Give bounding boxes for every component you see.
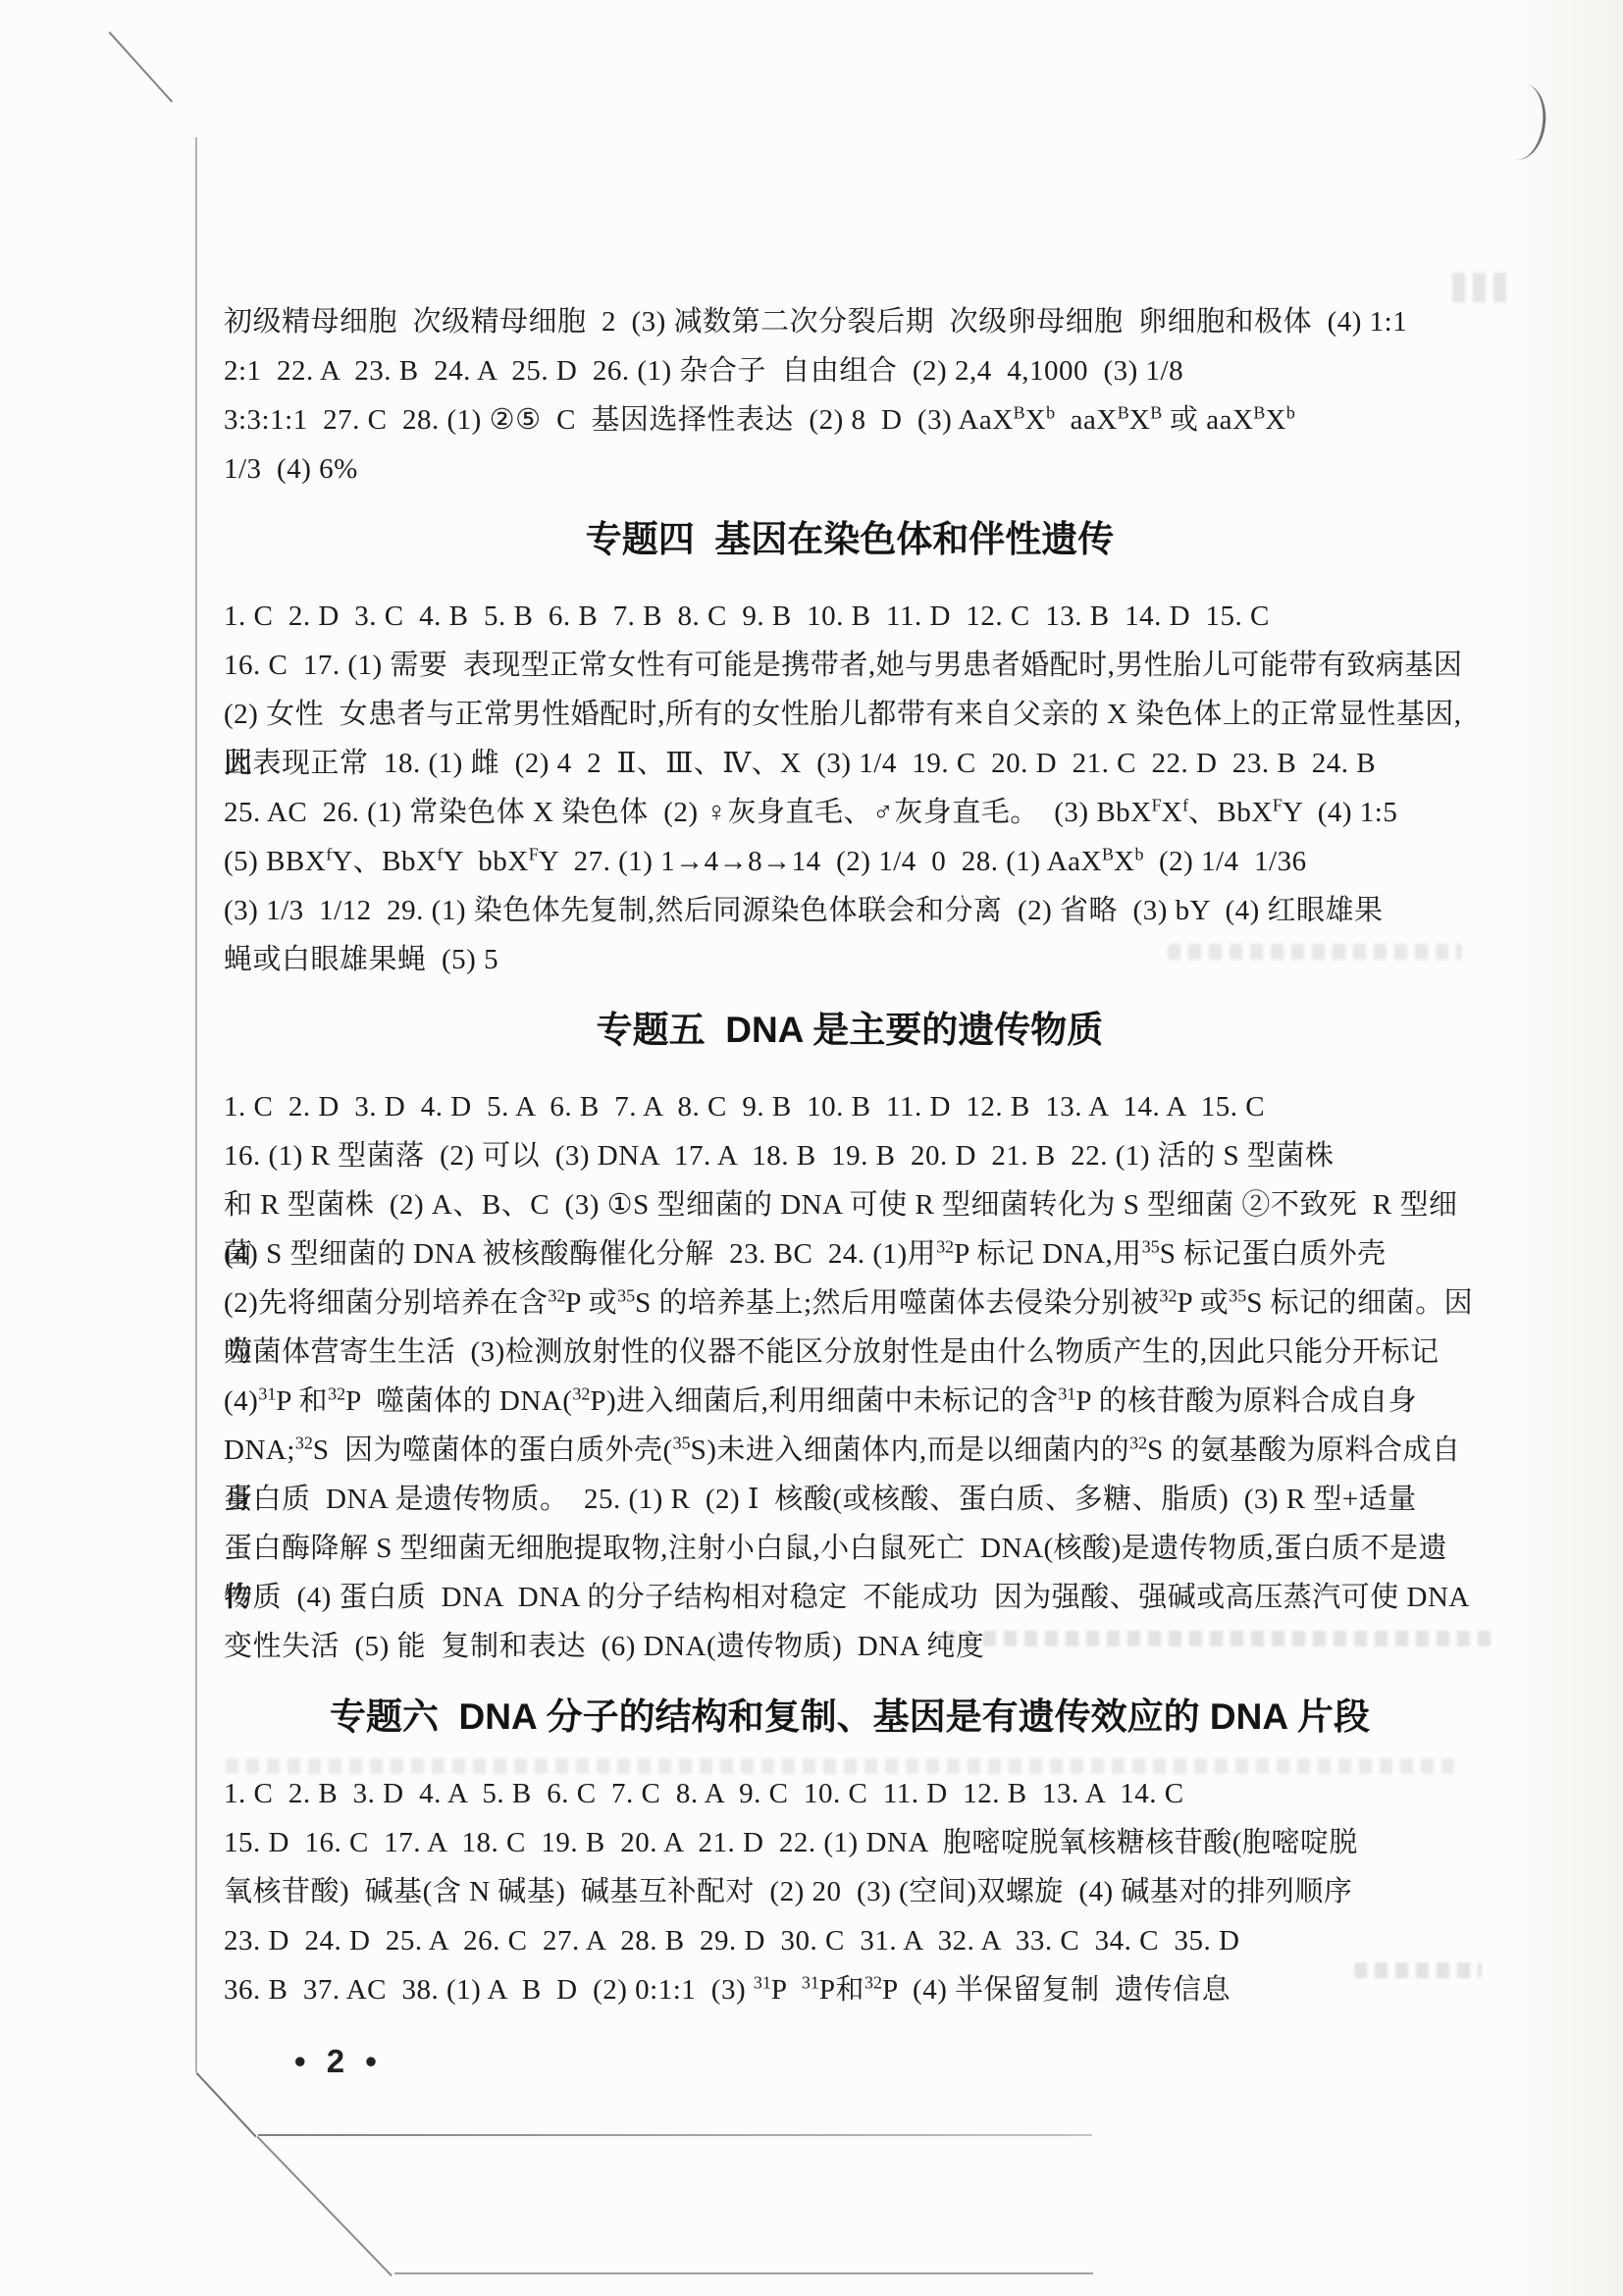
answer-line: (2)先将细菌分别培养在含32P 或35S 的培养基上;然后用噬菌体去侵染分别被…: [224, 1278, 1476, 1328]
answer-line: 蝇或白眼雄果蝇 (5) 5: [224, 935, 1476, 984]
answer-line: 16. C 17. (1) 需要 表现型正常女性有可能是携带者,她与男患者婚配时…: [224, 641, 1476, 690]
page-number: • 2 •: [294, 2043, 383, 2080]
answer-line: (5) BBXfY、BbXfY bbXFY 27. (1) 1→4→8→14 (…: [224, 837, 1476, 886]
answer-line: 蛋白酶降解 S 型细菌无细胞提取物,注射小白鼠,小白鼠死亡 DNA(核酸)是遗传…: [224, 1524, 1476, 1573]
answer-line: 初级精母细胞 次级精母细胞 2 (3) 减数第二次分裂后期 次级卵母细胞 卵细胞…: [224, 297, 1476, 346]
answer-line: 16. (1) R 型菌落 (2) 可以 (3) DNA 17. A 18. B…: [224, 1131, 1476, 1180]
scanned-answer-key-page: 初级精母细胞 次级精母细胞 2 (3) 减数第二次分裂后期 次级卵母细胞 卵细胞…: [0, 0, 1623, 2296]
scan-left-edge-line: [195, 137, 197, 2072]
answer-line: 1. C 2. B 3. D 4. A 5. B 6. C 7. C 8. A …: [224, 1769, 1476, 1818]
answer-line: (4)31P 和32P 噬菌体的 DNA(32P)进入细菌后,利用细菌中未标记的…: [224, 1377, 1476, 1426]
answer-line: 和 R 型菌株 (2) A、B、C (3) ①S 型细菌的 DNA 可使 R 型…: [224, 1180, 1476, 1229]
answer-line: 2:1 22. A 23. B 24. A 25. D 26. (1) 杂合子 …: [224, 346, 1476, 395]
answer-line: DNA;32S 因为噬菌体的蛋白质外壳(35S)未进入细菌体内,而是以细菌内的3…: [224, 1426, 1476, 1475]
answer-line: 物质 (4) 蛋白质 DNA DNA 的分子结构相对稳定 不能成功 因为强酸、强…: [224, 1573, 1476, 1622]
scan-top-left-corner-mark: [109, 31, 174, 103]
answer-line: 氧核苷酸) 碱基(含 N 碱基) 碱基互补配对 (2) 20 (3) (空间)双…: [224, 1867, 1476, 1916]
answer-line: 此表现正常 18. (1) 雌 (2) 4 2 Ⅱ、Ⅲ、Ⅳ、X (3) 1/4 …: [224, 739, 1476, 788]
answer-line: 变性失活 (5) 能 复制和表达 (6) DNA(遗传物质) DNA 纯度: [224, 1622, 1476, 1671]
answer-line: 36. B 37. AC 38. (1) A B D (2) 0:1:1 (3)…: [224, 1965, 1476, 2014]
section-title-topic-4: 专题四 基因在染色体和伴性遗传: [224, 515, 1476, 564]
scan-bottom-corner-diagonal: [257, 2136, 393, 2276]
answer-line: 1. C 2. D 3. C 4. B 5. B 6. B 7. B 8. C …: [224, 592, 1476, 641]
answer-line: 25. AC 26. (1) 常染色体 X 染色体 (2) ♀灰身直毛、♂灰身直…: [224, 788, 1476, 837]
answer-line: 15. D 16. C 17. A 18. C 19. B 20. A 21. …: [224, 1818, 1476, 1867]
answer-line: 蛋白质 DNA 是遗传物质。 25. (1) R (2) Ⅰ 核酸(或核酸、蛋白…: [224, 1475, 1476, 1524]
scan-bottom-left-fold: [196, 2072, 257, 2137]
answer-line: 1/3 (4) 6%: [224, 444, 1476, 494]
scan-bottom-edge-line: [258, 2134, 1092, 2136]
scan-top-right-curl-mark: [1504, 82, 1549, 163]
answer-line: 3:3:1:1 27. C 28. (1) ②⑤ C 基因选择性表达 (2) 8…: [224, 395, 1476, 444]
scan-bottom-edge-line-2: [394, 2272, 1093, 2274]
answer-line: 噬菌体营寄生生活 (3)检测放射性的仪器不能区分放射性是由什么物质产生的,因此只…: [224, 1328, 1476, 1377]
answer-line: 1. C 2. D 3. D 4. D 5. A 6. B 7. A 8. C …: [224, 1082, 1476, 1131]
answer-line: 23. D 24. D 25. A 26. C 27. A 28. B 29. …: [224, 1916, 1476, 1965]
section-title-topic-5: 专题五 DNA 是主要的遗传物质: [224, 1006, 1476, 1055]
answer-line: (4) S 型细菌的 DNA 被核酸酶催化分解 23. BC 24. (1)用3…: [224, 1229, 1476, 1278]
section-title-topic-6: 专题六 DNA 分子的结构和复制、基因是有遗传效应的 DNA 片段: [224, 1693, 1476, 1742]
answer-line: (2) 女性 女患者与正常男性婚配时,所有的女性胎儿都带有来自父亲的 X 染色体…: [224, 690, 1476, 739]
answer-line: (3) 1/3 1/12 29. (1) 染色体先复制,然后同源染色体联会和分离…: [224, 886, 1476, 935]
page-content: 初级精母细胞 次级精母细胞 2 (3) 减数第二次分裂后期 次级卵母细胞 卵细胞…: [224, 297, 1476, 2014]
